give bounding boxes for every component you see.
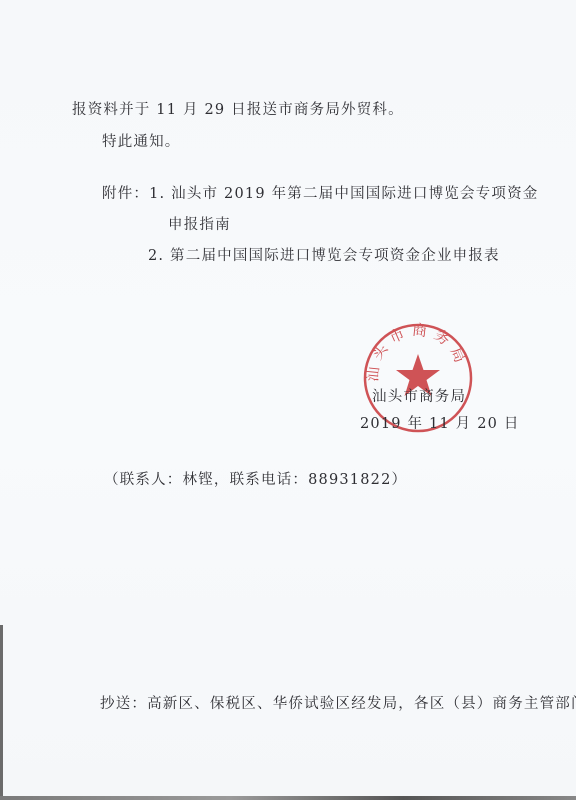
attachment-item-2: 2. 第二届中国国际进口博览会专项资金企业申报表 xyxy=(148,244,500,265)
scan-edge-left xyxy=(0,625,3,800)
attachment-item-1-text: 1. 汕头市 2019 年第二届中国国际进口博览会专项资金 xyxy=(149,186,538,202)
scan-edge-bottom xyxy=(0,796,576,800)
contact-info: （联系人：林铿，联系电话：88931822） xyxy=(104,468,407,489)
attachments-label: 附件： xyxy=(102,186,149,202)
closing-phrase: 特此通知。 xyxy=(102,130,181,151)
signature-date: 2019 年 11 月 20 日 xyxy=(360,412,520,433)
document-page: 报资料并于 11 月 29 日报送市商务局外贸科。 特此通知。 附件：1. 汕头… xyxy=(0,0,576,800)
body-text-line: 报资料并于 11 月 29 日报送市商务局外贸科。 xyxy=(72,98,404,119)
attachment-item-1-continuation: 申报指南 xyxy=(168,213,231,234)
attachment-item-1: 附件：1. 汕头市 2019 年第二届中国国际进口博览会专项资金 xyxy=(102,182,538,203)
svg-text:汕头市商务局: 汕头市商务局 xyxy=(363,322,471,383)
signature-organization: 汕头市商务局 xyxy=(372,385,466,406)
cc-recipients: 抄送：高新区、保税区、华侨试验区经发局，各区（县）商务主管部门。 xyxy=(100,692,576,713)
